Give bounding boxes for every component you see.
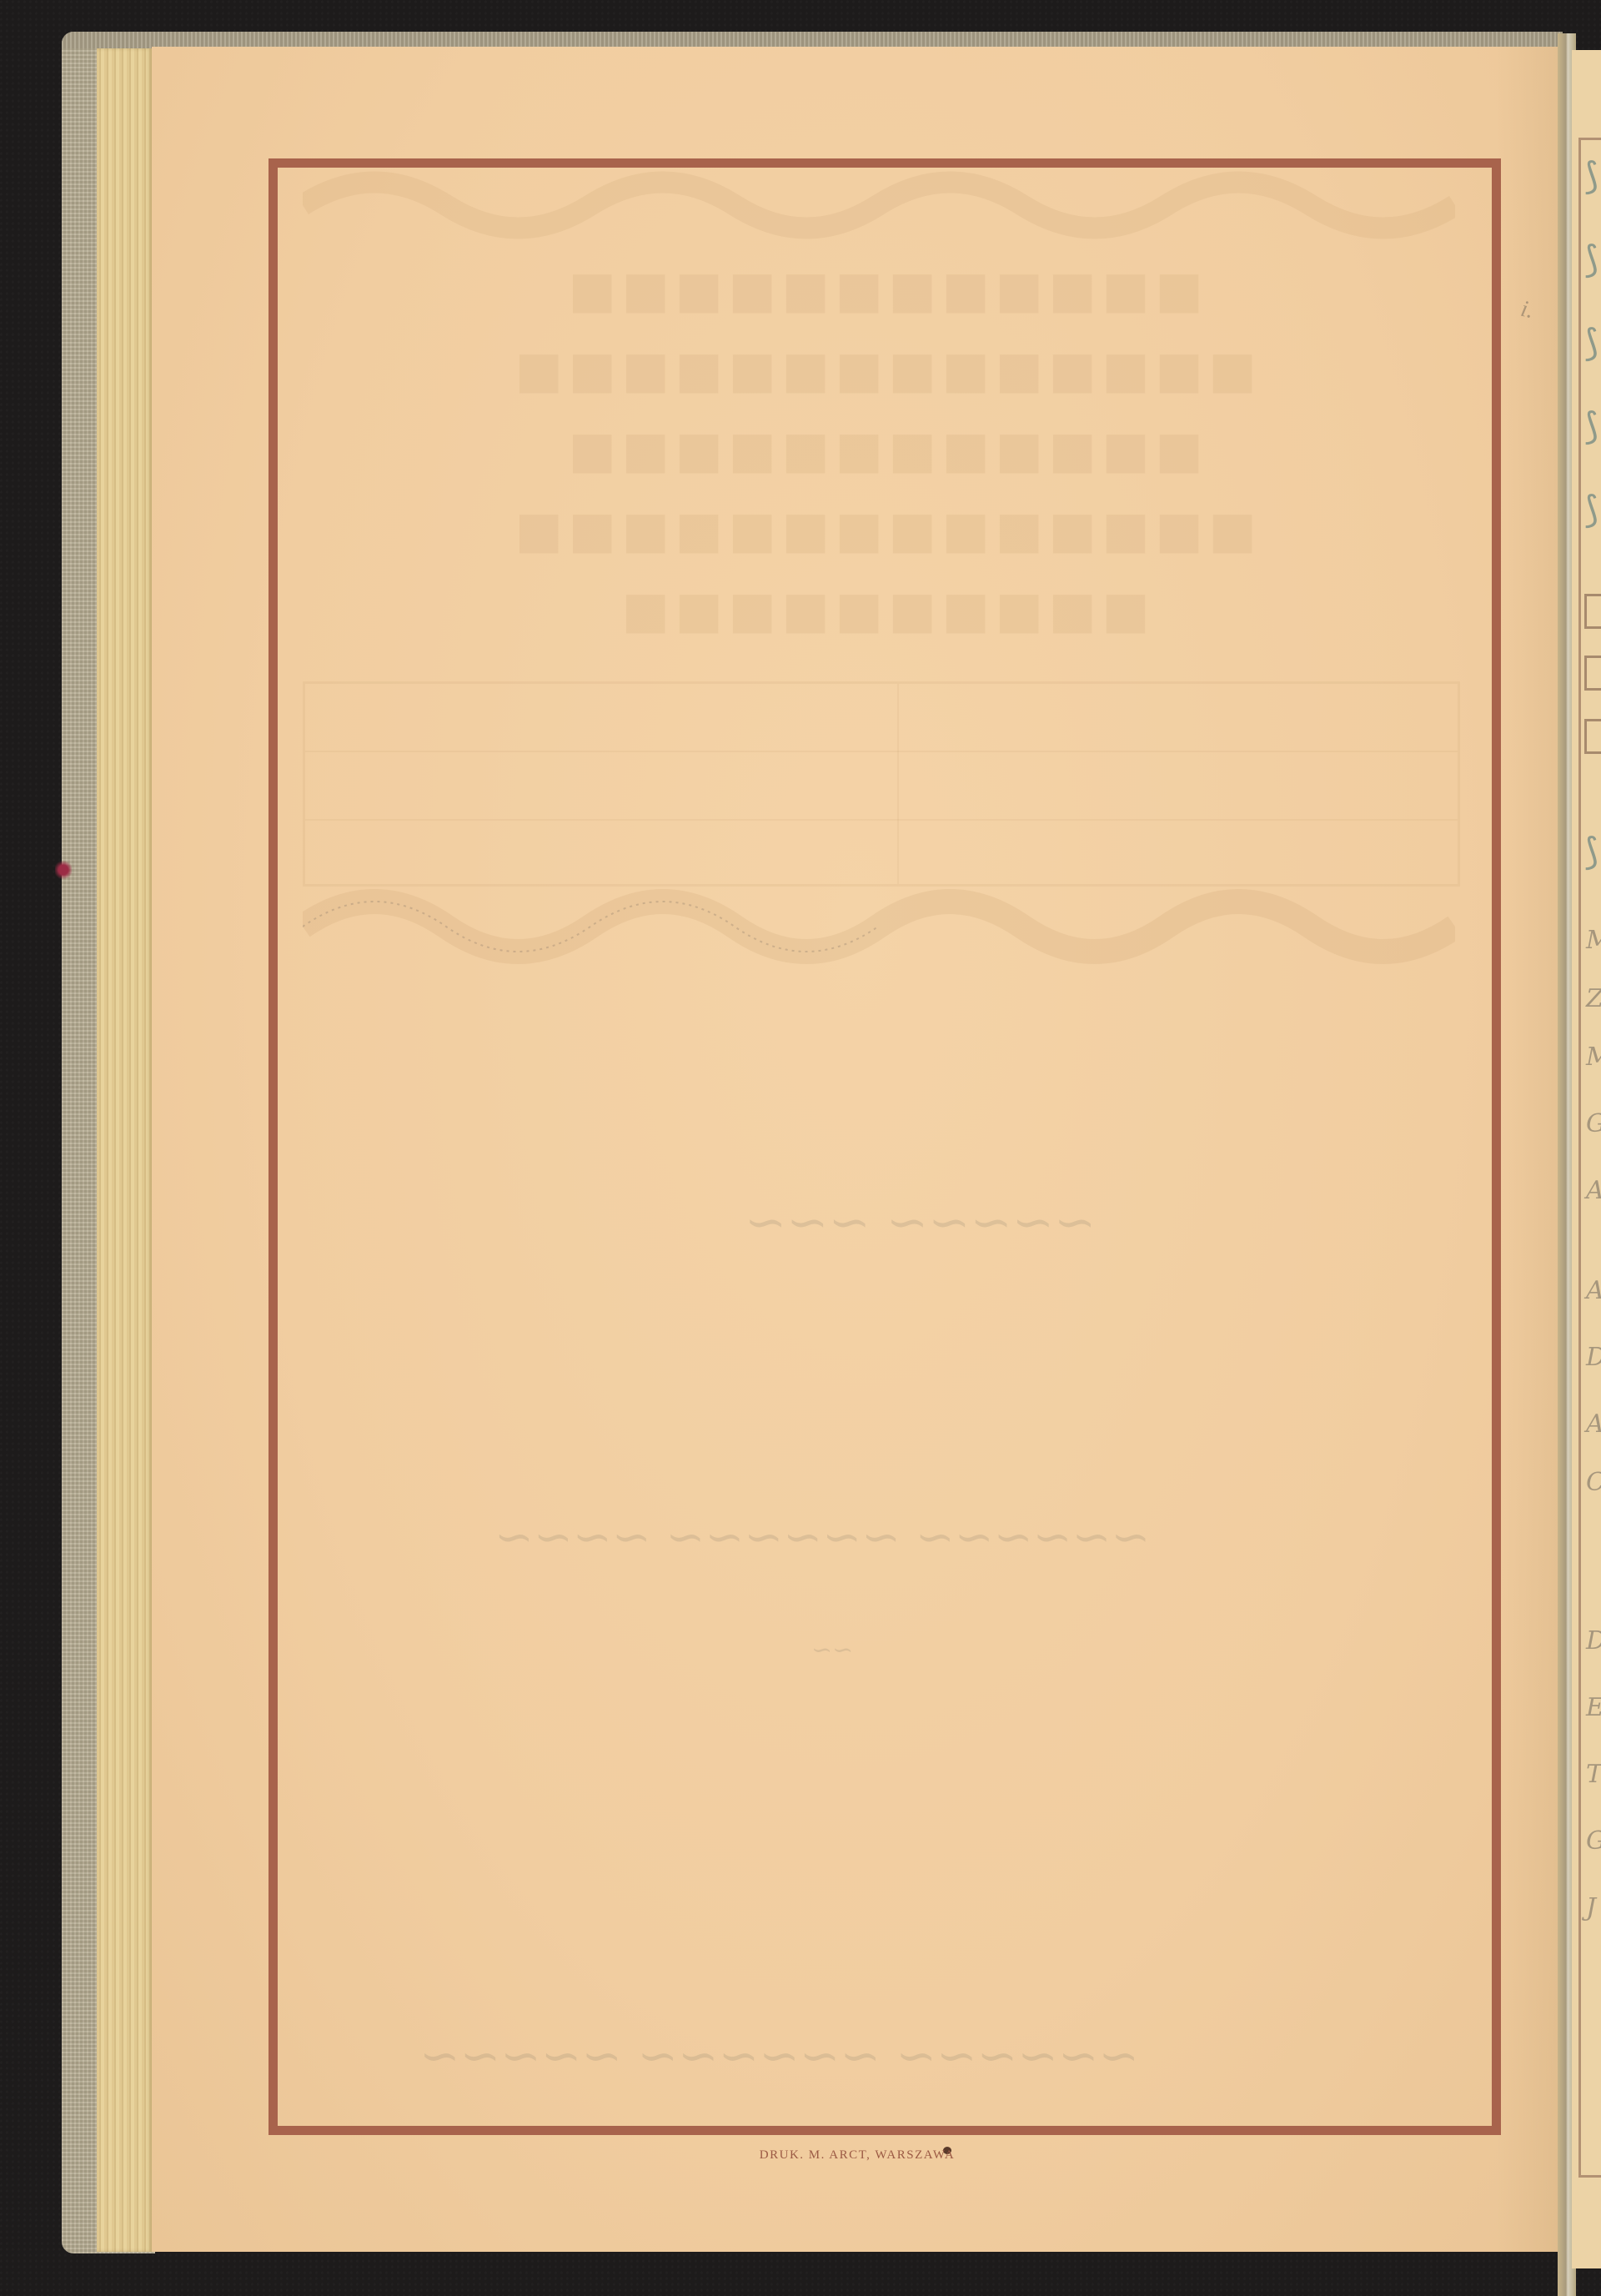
adjacent-box <box>1584 594 1601 629</box>
ornament-icon: ⟆ <box>1584 409 1598 445</box>
adjacent-box <box>1584 719 1601 754</box>
handwritten-initial: M <box>1586 1042 1601 1072</box>
ghost-row <box>305 684 1458 752</box>
ghost-divider <box>897 684 899 884</box>
handwritten-initial: J <box>1586 1893 1596 1922</box>
ornament-wave-icon <box>303 885 1455 968</box>
ghost-line: ■■■■■■■■■■■■ <box>308 411 1458 491</box>
handwritten-initial: G <box>1586 1826 1601 1856</box>
show-through-table <box>303 681 1460 887</box>
handwritten-initial: A <box>1586 1409 1601 1439</box>
decorative-frame: ■■■■■■■■■■■■ ■■■■■■■■■■■■■■ ■■■■■■■■■■■■… <box>269 158 1501 2135</box>
book-page: ■■■■■■■■■■■■ ■■■■■■■■■■■■■■ ■■■■■■■■■■■■… <box>152 47 1563 2252</box>
ornament-icon: ⟆ <box>1584 325 1598 362</box>
handwritten-initial: E <box>1586 1693 1601 1722</box>
ornament-icon: ⟆ <box>1584 492 1598 529</box>
page-shadow <box>1496 47 1563 2252</box>
handwritten-initial: G <box>1586 1109 1601 1138</box>
ghost-row <box>305 752 1458 821</box>
red-stain <box>55 859 72 881</box>
printer-imprint: DRUK. M. ARCT, WARSZAWA <box>152 2148 1563 2163</box>
handwritten-initial: M <box>1586 926 1601 955</box>
ornament-icon: ⟆ <box>1584 834 1598 871</box>
ghost-line: ■■■■■■■■■■■■■■ <box>308 491 1458 571</box>
handwritten-initial: T <box>1586 1760 1601 1789</box>
ornament-icon: ⟆ <box>1584 158 1598 195</box>
handwritten-initial: D <box>1586 1343 1601 1372</box>
cloth-cover-top <box>62 32 1563 48</box>
ghost-line: ■■■■■■■■■■■■ <box>308 251 1458 331</box>
ornament-top-icon <box>303 168 1455 243</box>
handwritten-initial: A <box>1586 1276 1601 1305</box>
handwritten-initial: D <box>1586 1626 1601 1655</box>
adjacent-box <box>1584 656 1601 691</box>
page-edges <box>97 48 152 2252</box>
pencil-show-through: ~~~~~~ ~~~~~~ ~~~~ <box>494 1510 1150 1565</box>
ghost-row <box>305 821 1458 887</box>
pencil-show-through: ~~~~~~ ~~~~~~ ~~~~~ <box>419 2027 1139 2084</box>
ornament-icon: ⟆ <box>1584 242 1598 279</box>
ghost-line: ■■■■■■■■■■■■■■ <box>308 331 1458 411</box>
pencil-show-through: ~~ <box>811 1635 853 1665</box>
ghost-line: ■■■■■■■■■■ <box>308 571 1458 651</box>
handwritten-initial: C <box>1586 1468 1601 1497</box>
show-through-title: ■■■■■■■■■■■■ ■■■■■■■■■■■■■■ ■■■■■■■■■■■■… <box>308 251 1458 651</box>
pencil-show-through: ~~~~~ ~~~ <box>745 1193 1096 1252</box>
handwritten-initial: Z <box>1586 984 1601 1013</box>
handwritten-initial: A <box>1586 1176 1601 1205</box>
